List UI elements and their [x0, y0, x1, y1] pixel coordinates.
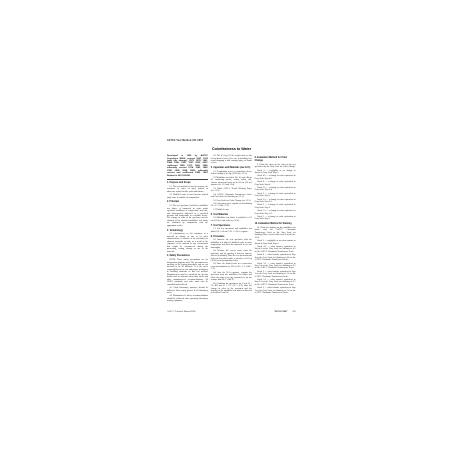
- column-2: 4.3 The 4.5 kg (10 lb) weight used in th…: [211, 155, 252, 296]
- divider: [167, 179, 208, 180]
- paragraph: 5.6 Convection oven capable of maintaini…: [211, 203, 252, 208]
- grade-item: Grade 2.5 — a change in color equivalent…: [255, 199, 296, 204]
- grade-item: Grade 5 — negligible or no color transfe…: [255, 240, 296, 245]
- section-heading: 8. Procedure: [211, 236, 252, 239]
- grade-item: Grade 2 — color transfer equivalent to S…: [255, 287, 296, 294]
- grade-item: Grade 3.5 — a change in color equivalent…: [255, 187, 296, 192]
- paragraph: 4.1 Good laboratory practices should be …: [167, 287, 208, 294]
- grade-item: Grade 3.5 — color transfer equivalent to…: [255, 263, 296, 270]
- paragraph: 4.2 Manufacturer's safety recommendation…: [167, 295, 208, 302]
- column-1: Developed in 1962 by AATCC Committee RA5…: [167, 155, 208, 304]
- document-page: AATCC Test Method 107-2007 Colorfastness…: [167, 140, 296, 304]
- section-heading: 5. Apparatus and Materials (see 12.1): [211, 167, 252, 170]
- paragraph: 2.1 The test specimen, backed by multifi…: [167, 205, 208, 227]
- grade-item: Grade 1.5 — a change in color equivalent…: [255, 210, 296, 215]
- page-title: Colorfastness to Water: [167, 148, 296, 152]
- paragraph: 8.4 After the 18 h exposure, separate th…: [211, 272, 252, 282]
- paragraph: 8.5 Condition the specimens for 1 h at 6…: [211, 283, 252, 295]
- grade-item: Grade 1 — a change in color equivalent t…: [255, 216, 296, 221]
- paragraph: 3.1 colorfastness, n.—the resistance of …: [167, 233, 208, 253]
- paragraph: 6.1 Multifiber test fabric is available …: [211, 217, 252, 222]
- section-heading: 9. Evaluation Method for Color Change: [255, 157, 296, 162]
- grade-item: Grade 5 — negligible or no change as sho…: [255, 170, 296, 175]
- paragraph: 8.2 Remove the excess water from the spe…: [211, 250, 252, 262]
- grade-item: Grade 3 — a change in color equivalent t…: [255, 193, 296, 198]
- paragraph: 5.5 Gray Scale for Color Change (see 12.…: [211, 200, 252, 202]
- grade-item: Grade 4 — a change in color equivalent t…: [255, 181, 296, 186]
- page-footer: AATCC Technical Manual/2008 TM 107-2007 …: [167, 311, 296, 313]
- column-3: 9. Evaluation Method for Color Change9.1…: [255, 155, 296, 295]
- grade-item: Grade 2.5 — color transfer equivalent to…: [255, 279, 296, 286]
- paragraph: 9.1 Rate the effect on the color of the …: [255, 164, 296, 169]
- section-heading: 3. Terminology: [167, 230, 208, 233]
- footer-page-number: 167: [292, 311, 296, 313]
- paragraph: 8.3 Place the loaded tester in a convect…: [211, 263, 252, 270]
- method-number-header: AATCC Test Method 107-2007: [167, 140, 296, 143]
- paragraph: 5.1 Perspiration tester or equivalent de…: [211, 171, 252, 176]
- screenshot-canvas: { "page": { "header": "AATCC Test Method…: [0, 0, 458, 458]
- section-heading: 4. Safety Precautions: [167, 255, 208, 258]
- section-heading: 10. Evaluation Method for Staining: [255, 223, 296, 226]
- section-heading: 7. Test Specimens: [211, 225, 252, 228]
- paragraph: 10.1 Rate the staining on the multifiber…: [255, 227, 296, 239]
- columns: Developed in 1962 by AATCC Committee RA5…: [167, 155, 296, 304]
- paragraph: 5.2 Multifiber test fabric No. 10, style…: [211, 177, 252, 187]
- paragraph: 5.7 Distilled water.: [211, 209, 252, 211]
- paragraph: 1.1 This test method is used to measure …: [167, 186, 208, 193]
- paragraph: 5.3 White AATCC Textile Blotting Paper (…: [211, 188, 252, 193]
- section-heading: 6. Test Materials: [211, 214, 252, 217]
- section-heading: 1. Purpose and Scope: [167, 182, 208, 185]
- paragraph: 1.2 Distilled water is used because natu…: [167, 194, 208, 199]
- grade-item: Grade 4.5 — color transfer equivalent to…: [255, 246, 296, 253]
- revision-history: Developed in 1962 by AATCC Committee RA5…: [167, 155, 208, 177]
- paragraph: NOTE: These safety precautions are for i…: [167, 259, 208, 286]
- footer-method-label: TM 107-2007: [274, 311, 287, 313]
- footer-right-group: TM 107-2007 167: [274, 311, 296, 313]
- grade-item: Grade 2 — a change in color equivalent t…: [255, 204, 296, 209]
- paragraph: 4.3 The 4.5 kg (10 lb) weight used in th…: [211, 155, 252, 165]
- grade-item: Grade 3 — color transfer equivalent to S…: [255, 271, 296, 278]
- paragraph: 5.4 AATCC Chromatic Transference Scale a…: [211, 194, 252, 199]
- paragraph: 8.1 Immerse the test specimen with the m…: [211, 239, 252, 249]
- grade-item: Grade 4.5 — a change in color equivalent…: [255, 175, 296, 180]
- paragraph: 7.1 Cut test specimens and multifiber te…: [211, 228, 252, 233]
- grade-item: Grade 4 — color transfer equivalent to S…: [255, 254, 296, 261]
- footer-manual-label: AATCC Technical Manual/2008: [167, 311, 195, 313]
- section-heading: 2. Principle: [167, 201, 208, 204]
